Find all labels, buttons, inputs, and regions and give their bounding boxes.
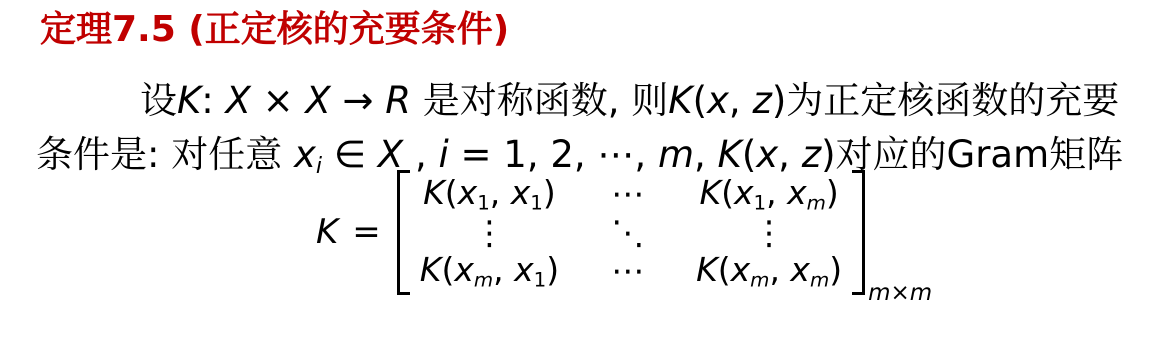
text-segment: K — [699, 173, 721, 212]
text-segment: 是对称函数, 则 — [411, 79, 668, 122]
text-segment: ⋮ — [473, 213, 506, 252]
text-segment: 设 — [140, 79, 177, 122]
matrix-cell-r2c3-vdots: ⋮ — [753, 216, 786, 249]
text-segment: , — [766, 173, 787, 212]
text-segment: 1 — [530, 192, 543, 215]
text-segment: X — [226, 79, 251, 122]
matrix-grid: K(x1, x1) ⋯ K(x1, xm) ⋮ ⋱ ⋮ K(xm, x1) ⋯ … — [410, 170, 852, 295]
text-segment: ( — [718, 250, 731, 289]
text-segment: m — [810, 268, 829, 291]
text-segment: m — [868, 280, 890, 306]
text-segment: × — [891, 280, 910, 306]
matrix-cell-r2c1-vdots: ⋮ — [473, 216, 506, 249]
text-segment: ( — [441, 250, 454, 289]
equals-sign: = — [352, 212, 381, 252]
text-segment: , — [729, 79, 753, 122]
matrix-cell-r1c2-cdots: ⋯ — [611, 177, 644, 210]
text-segment: → — [331, 79, 386, 122]
text-segment: ) — [546, 250, 559, 289]
text-segment: ⋯ — [611, 174, 644, 213]
text-segment: x — [734, 173, 754, 212]
text-segment: 1 — [754, 192, 767, 215]
matrix-lhs: K = — [316, 212, 381, 252]
matrix-symbol-K: K — [316, 212, 338, 252]
text-segment: m — [750, 268, 769, 291]
text-segment: x — [511, 173, 531, 212]
text-segment: x — [294, 133, 316, 176]
text-segment: ) — [826, 173, 839, 212]
text-segment: x — [514, 250, 534, 289]
text-segment: )为正定核函数的充要 — [772, 79, 1119, 122]
text-segment: ⋯ — [611, 251, 644, 290]
text-segment: X — [305, 79, 330, 122]
text-segment: : — [201, 79, 225, 122]
slide: 定理7.5 (正定核的充要条件) 设K: X × X → R 是对称函数, 则K… — [0, 0, 1156, 362]
matrix-cell-r2c2-ddots: ⋱ — [611, 216, 644, 249]
matrix-cell-r3c1: K(xm, x1) — [420, 249, 559, 293]
text-segment: x — [787, 173, 807, 212]
text-segment: x — [790, 250, 810, 289]
text-segment: , — [493, 250, 514, 289]
text-segment: K — [668, 79, 692, 122]
text-segment: 1 — [477, 192, 490, 215]
right-bracket — [852, 170, 865, 295]
text-segment: × — [251, 79, 306, 122]
left-bracket — [397, 170, 410, 295]
text-segment: z — [752, 79, 771, 122]
text-segment: ⋮ — [753, 213, 786, 252]
matrix-dimension-subscript: m×m — [868, 280, 932, 306]
text-segment: ) — [829, 250, 842, 289]
gram-matrix-equation: K = K(x1, x1) ⋯ K(x1, xm) ⋮ ⋱ ⋮ K(xm, x1… — [316, 170, 932, 295]
text-segment: x — [454, 250, 474, 289]
text-segment: K — [423, 173, 445, 212]
matrix-cell-r1c1: K(x1, x1) — [423, 172, 556, 216]
matrix-cell-r3c3: K(xm, xm) — [696, 249, 842, 293]
text-segment: K — [420, 250, 442, 289]
text-segment: , — [769, 250, 790, 289]
text-segment: ( — [721, 173, 734, 212]
text-segment: m — [807, 192, 826, 215]
theorem-title: 定理7.5 (正定核的充要条件) — [40, 9, 509, 50]
matrix-cell-r1c3: K(x1, xm) — [699, 172, 838, 216]
text-segment: 1 — [534, 268, 547, 291]
matrix-cell-r3c2-cdots: ⋯ — [611, 254, 644, 287]
text-segment: ) — [543, 173, 556, 212]
text-segment: ( — [693, 79, 707, 122]
text-segment: ⋱ — [611, 213, 644, 252]
text-segment: 条件是: 对任意 — [36, 133, 294, 176]
text-segment: m — [910, 280, 932, 306]
text-segment: x — [731, 250, 751, 289]
text-segment: , — [490, 173, 511, 212]
text-segment: K — [696, 250, 718, 289]
theorem-body-line-1: 设K: X × X → R 是对称函数, 则K(x, z)为正定核函数的充要 — [140, 80, 1119, 123]
text-segment: R — [385, 79, 411, 122]
text-segment: x — [458, 173, 478, 212]
text-segment: m — [474, 268, 493, 291]
text-segment: K — [177, 79, 201, 122]
text-segment: ( — [445, 173, 458, 212]
text-segment: x — [707, 79, 729, 122]
